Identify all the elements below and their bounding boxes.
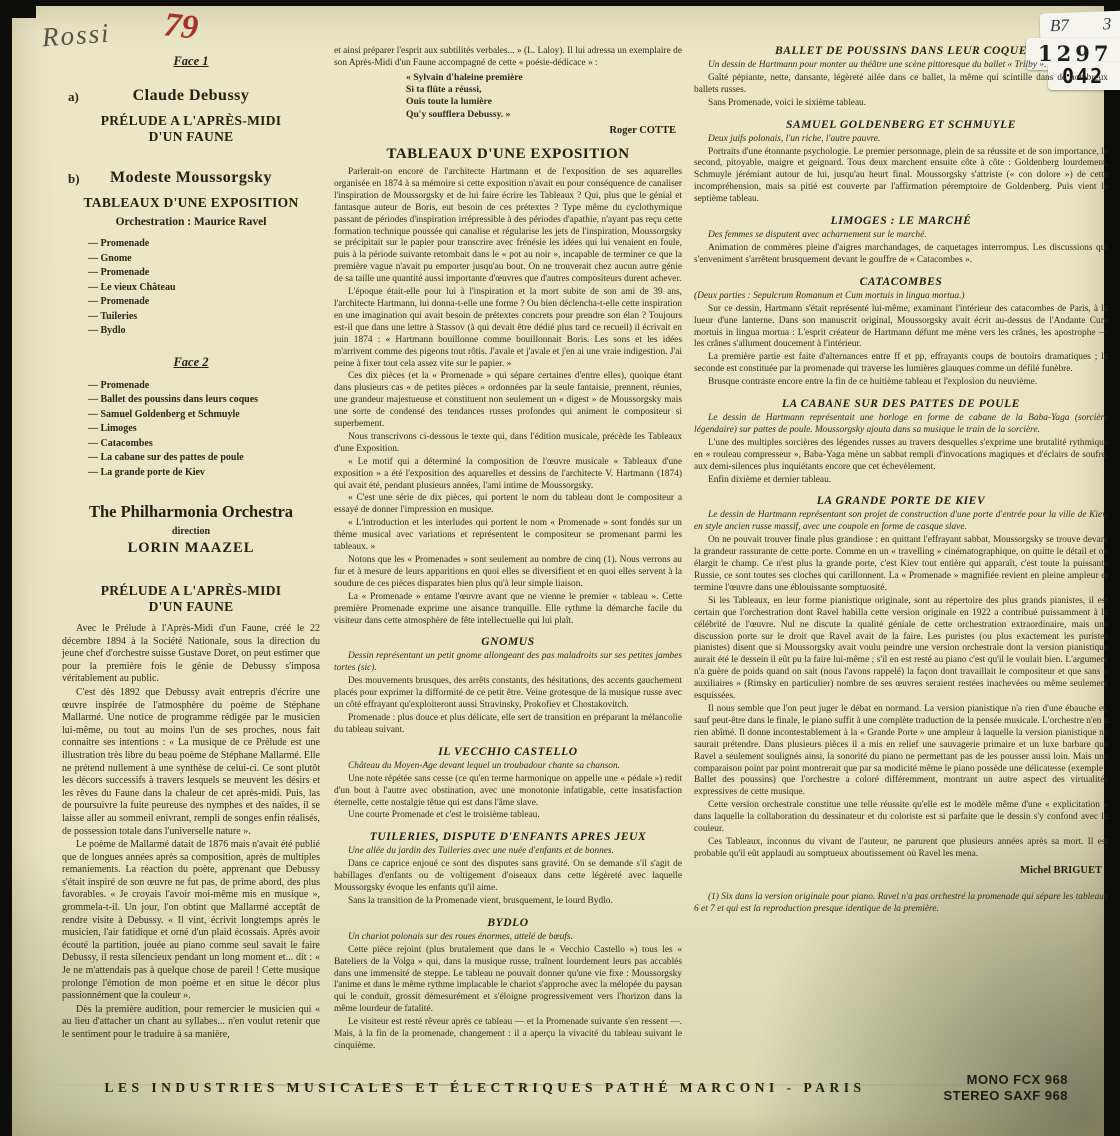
tableaux-paragraph: Notons que les « Promenades » sont seule…	[334, 555, 682, 591]
sleeve-paper: Rossi 79 B73 1297 042 Face 1 a) Claude D…	[12, 6, 1104, 1136]
essay-title-faune: PRÉLUDE A L'APRÈS-MIDI D'UN FAUNE	[91, 583, 291, 615]
poem-line: Si ta flûte a réussi,	[406, 84, 682, 96]
orchestration-credit: Orchestration : Maurice Ravel	[62, 216, 320, 228]
track-item: Ballet des poussins dans leurs coques	[88, 393, 320, 408]
tableaux-paragraph: La « Promenade » entame l'œuvre avant qu…	[334, 592, 682, 628]
face1-track-list: Promenade Gnome Promenade Le vieux Châte…	[88, 237, 320, 339]
poem-line: Qu'y soufflera Debussy. »	[406, 109, 682, 121]
faune-paragraph: Dès la première audition, pour remercier…	[62, 1004, 320, 1042]
tableaux-paragraph: Ces dix pièces (et la « Promenade » qui …	[334, 371, 682, 431]
catacombes-paragraph: Brusque contraste encore entre la fin de…	[694, 377, 1108, 389]
faune-paragraph: Avec le Prélude à l'Après-Midi d'un Faun…	[62, 623, 320, 686]
catacombes-paragraph: La première partie est faite d'alternanc…	[694, 352, 1108, 376]
poem-line: Ouïs toute la lumière	[406, 96, 682, 108]
sticker-code-text: B73	[1050, 14, 1112, 36]
track-item: La cabane sur des pattes de poule	[88, 451, 320, 466]
author-signature-cotte: Roger COTTE	[334, 125, 676, 136]
track-item: Bydlo	[88, 324, 320, 339]
record-sleeve-back: { "annotations": { "pencil_name": "Rossi…	[0, 0, 1120, 1136]
track-item: Le vieux Château	[88, 281, 320, 296]
gnomus-paragraph: Des mouvements brusques, des arrêts cons…	[334, 676, 682, 712]
track-item: Samuel Goldenberg et Schmuyle	[88, 408, 320, 423]
cabane-paragraph: L'une des multiples sorcières des légend…	[694, 438, 1108, 474]
work-b: b) Modeste Moussorgsky TABLEAUX D'UNE EX…	[62, 169, 320, 228]
border-corner-notch	[0, 0, 36, 18]
gnomus-lead: Dessin représentant un petit gnome allon…	[334, 651, 682, 675]
section-heading-poussins: BALLET DE POUSSINS DANS LEUR COQUE	[694, 45, 1108, 57]
track-item: Limoges	[88, 422, 320, 437]
work-b-title: TABLEAUX D'UNE EXPOSITION	[62, 195, 320, 211]
limoges-paragraph: Animation de commères pleine d'aigres ma…	[694, 243, 1108, 267]
track-item: Promenade	[88, 295, 320, 310]
catacombes-lead: (Deux parties : Sepulcrum Romanum et Cum…	[694, 291, 1108, 303]
cabane-lead: Le dessin de Hartmann représentait une h…	[694, 413, 1108, 437]
middle-column: et ainsi préparer l'esprit aux subtilité…	[334, 46, 682, 1054]
goldenberg-lead: Deux juifs polonais, l'un riche, l'autre…	[694, 134, 1108, 146]
castello-lead: Château du Moyen-Age devant lequel un tr…	[334, 761, 682, 773]
work-a-index: a)	[68, 89, 79, 105]
track-item: Promenade	[88, 237, 320, 252]
catalog-stereo: STEREO SAXF 968	[943, 1088, 1068, 1104]
catalog-numbers: MONO FCX 968 STEREO SAXF 968	[943, 1072, 1068, 1103]
track-item: La grande porte de Kiev	[88, 466, 320, 481]
castello-paragraph: Une courte Promenade et c'est le troisiè…	[334, 810, 682, 822]
castello-paragraph: Une note répétée sans cesse (ce qu'en te…	[334, 774, 682, 810]
poussins-paragraph: Gaîté pépiante, nette, dansante, légèret…	[694, 73, 1108, 97]
section-heading-gnomus: GNOMUS	[334, 636, 682, 648]
section-heading-cabane: LA CABANE SUR DES PATTES DE POULE	[694, 398, 1108, 410]
face1-label: Face 1	[62, 54, 320, 69]
kiev-paragraph: Il nous semble que l'on peut juger le dé…	[694, 704, 1108, 799]
tableaux-paragraph: « L'introduction et les interludes qui p…	[334, 518, 682, 554]
section-heading-limoges: LIMOGES : LE MARCHÉ	[694, 215, 1108, 227]
work-b-composer: Modeste Moussorgsky	[62, 169, 320, 187]
tuileries-lead: Une allée du jardin des Tuileries avec u…	[334, 846, 682, 858]
tableaux-paragraph: L'époque était-elle pour lui à l'inspira…	[334, 287, 682, 370]
section-heading-castello: IL VECCHIO CASTELLO	[334, 746, 682, 758]
section-heading-goldenberg: SAMUEL GOLDENBERG ET SCHMUYLE	[694, 119, 1108, 131]
handwritten-red-number: 79	[162, 6, 200, 47]
poem-line: « Sylvain d'haleine première	[406, 72, 682, 84]
poussins-paragraph: Sans Promenade, voici le sixième tableau…	[694, 98, 1108, 110]
kiev-paragraph: Si les Tableaux, en leur forme pianistiq…	[694, 596, 1108, 703]
bydlo-paragraph: Le visiteur est resté rêveur après ce ta…	[334, 1017, 682, 1053]
essay-title-tableaux: TABLEAUX D'UNE EXPOSITION	[334, 146, 682, 163]
left-column: Face 1 a) Claude Debussy PRÉLUDE A L'APR…	[62, 48, 320, 1043]
faune-paragraph: Le poème de Mallarmé datait de 1876 mais…	[62, 839, 320, 1003]
work-a: a) Claude Debussy PRÉLUDE A L'APRÈS-MIDI…	[62, 87, 320, 145]
tableaux-paragraph: Parlerait-on encore de l'architecte Hart…	[334, 167, 682, 286]
track-item: Promenade	[88, 266, 320, 281]
poussins-lead: Un dessin de Hartmann pour monter au thé…	[694, 60, 1108, 72]
conductor-name: LORIN MAAZEL	[62, 540, 320, 557]
publisher-line: LES INDUSTRIES MUSICALES ET ÉLECTRIQUES …	[90, 1080, 880, 1096]
dedication-poem: « Sylvain d'haleine première Si ta flûte…	[406, 72, 682, 121]
kiev-paragraph: Ces Tableaux, inconnus du vivant de l'au…	[694, 837, 1108, 861]
kiev-paragraph: Cette version orchestrale constitue une …	[694, 800, 1108, 836]
goldenberg-paragraph: Portraits d'une étonnante psychologie. L…	[694, 147, 1108, 207]
faune-paragraph: C'est dès 1892 que Debussy avait entrepr…	[62, 687, 320, 838]
work-b-index: b)	[68, 171, 80, 187]
orchestra-name: The Philharmonia Orchestra	[62, 502, 320, 522]
section-heading-bydlo: BYDLO	[334, 917, 682, 929]
tuileries-paragraph: Dans ce caprice enjoué ce sont des dispu…	[334, 859, 682, 895]
direction-label: direction	[62, 526, 320, 537]
author-signature-briguet: Michel BRIGUET	[694, 865, 1102, 876]
bydlo-paragraph: Cette pièce rejoint (plus brutalement qu…	[334, 945, 682, 1016]
right-column: BALLET DE POUSSINS DANS LEUR COQUE Un de…	[694, 36, 1108, 925]
limoges-lead: Des femmes se disputent avec acharnement…	[694, 230, 1108, 242]
cabane-paragraph: Enfin dixième et dernier tableau.	[694, 475, 1108, 487]
tuileries-paragraph: Sans la transition de la Promenade vient…	[334, 896, 682, 908]
track-item: Catacombes	[88, 437, 320, 452]
faune-continuation: et ainsi préparer l'esprit aux subtilité…	[334, 46, 682, 70]
track-item: Gnome	[88, 252, 320, 267]
track-item: Promenade	[88, 379, 320, 394]
footnote-promenades: (1) Six dans la version originale pour p…	[694, 892, 1108, 916]
section-heading-catacombes: CATACOMBES	[694, 276, 1108, 288]
bydlo-lead: Un chariot polonais sur des roues énorme…	[334, 932, 682, 944]
face2-track-list: Promenade Ballet des poussins dans leurs…	[88, 379, 320, 481]
section-heading-tuileries: TUILERIES, DISPUTE D'ENFANTS APRES JEUX	[334, 831, 682, 843]
catalog-mono: MONO FCX 968	[943, 1072, 1068, 1088]
track-item: Tuileries	[88, 310, 320, 325]
catacombes-paragraph: Sur ce dessin, Hartmann s'était représen…	[694, 304, 1108, 352]
section-heading-kiev: LA GRANDE PORTE DE KIEV	[694, 495, 1108, 507]
gnomus-paragraph: Promenade : plus douce et plus délicate,…	[334, 713, 682, 737]
work-a-title: PRÉLUDE A L'APRÈS-MIDI D'UN FAUNE	[96, 113, 286, 145]
work-a-composer: Claude Debussy	[62, 87, 320, 105]
face2-label: Face 2	[62, 355, 320, 370]
tableaux-paragraph: Nous transcrivons ci-dessous le texte qu…	[334, 432, 682, 456]
tableaux-paragraph: « C'est une série de dix pièces, qui por…	[334, 493, 682, 517]
kiev-paragraph: On ne pouvait trouver finale plus grandi…	[694, 535, 1108, 595]
kiev-lead: Le dessin de Hartmann représentant son p…	[694, 510, 1108, 534]
tableaux-paragraph: « Le motif qui a déterminé la compositio…	[334, 457, 682, 493]
